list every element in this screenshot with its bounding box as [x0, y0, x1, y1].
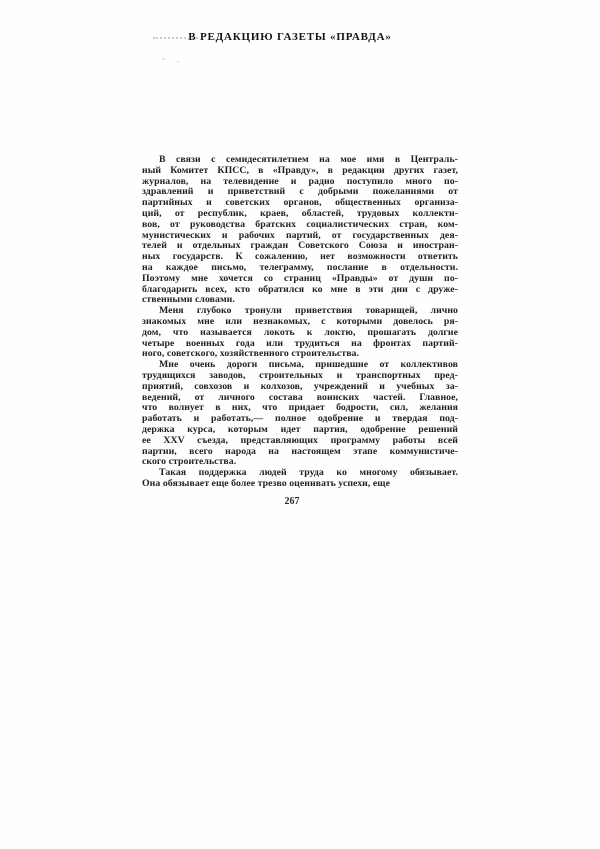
text-line: ственными словами. — [142, 295, 458, 306]
text-line: на каждое письмо, телеграмму, послание в… — [142, 263, 458, 274]
text-line: знакомых мне или незнакомых, с которыми … — [142, 317, 458, 328]
scan-artifact — [177, 61, 179, 63]
text-line: ный Комитет КПСС, в «Правду», в редакции… — [142, 166, 458, 177]
scan-artifact — [162, 58, 165, 60]
text-line: четыре военных года или трудиться на фро… — [142, 339, 458, 350]
text-line: партии, всего народа на настоящем этапе … — [142, 447, 458, 458]
text-line: Поэтому мне хочется со страниц «Правды» … — [142, 274, 458, 285]
text-line: Меня глубоко тронули приветствия товарищ… — [142, 306, 458, 317]
paragraph: В связи с семидесятилетием на мое имя в … — [142, 155, 458, 306]
paragraph: Меня глубоко тронули приветствия товарищ… — [142, 306, 458, 360]
text-line: здравлений и приветствий с добрыми пожел… — [142, 187, 458, 198]
text-line: приятий, совхозов и колхозов, учреждений… — [142, 382, 458, 393]
text-line: ных государств. К сожалению, нет возможн… — [142, 252, 458, 263]
text-line: телей и отдельных граждан Советского Сою… — [142, 241, 458, 252]
text-line: что волнует в них, что придает бодрости,… — [142, 403, 458, 414]
text-line: благодарить всех, кто обратился ко мне в… — [142, 285, 458, 296]
text-line: партийных и советских органов, обществен… — [142, 198, 458, 209]
text-line: мунистических и рабочих партий, от госуд… — [142, 231, 458, 242]
scanned-book-page: В РЕДАКЦИЮ ГАЗЕТЫ «ПРАВДА» В связи с сем… — [0, 0, 600, 849]
text-line: журналов, на телевидение и радио поступи… — [142, 177, 458, 188]
paragraph: Такая поддержка людей труда ко многому о… — [142, 468, 458, 490]
text-line: Она обязывает еще более трезво оценивать… — [142, 479, 458, 490]
text-line: трудящихся заводов, строительных и транс… — [142, 371, 458, 382]
text-line: ного, советского, хозяйственного строите… — [142, 349, 458, 360]
body-text: В связи с семидесятилетием на мое имя в … — [142, 155, 458, 490]
text-line: ведений, от личного состава воинских час… — [142, 393, 458, 404]
text-line: держка курса, которым идет партия, одобр… — [142, 425, 458, 436]
text-line: ского строительства. — [142, 457, 458, 468]
text-line: В связи с семидесятилетием на мое имя в … — [142, 155, 458, 166]
scan-artifact — [153, 37, 198, 39]
paragraph: Мне очень дороги письма, пришедшие от ко… — [142, 360, 458, 468]
text-line: работать и работать,— полное одобрение и… — [142, 414, 458, 425]
text-line: ее XXV съезда, представляющих программу … — [142, 436, 458, 447]
text-line: дом, что называется локоть к локтю, прош… — [142, 328, 458, 339]
page-number: 267 — [142, 496, 442, 507]
text-line: вов, от руководства братских социалистич… — [142, 220, 458, 231]
text-line: ций, от республик, краев, областей, труд… — [142, 209, 458, 220]
text-line: Мне очень дороги письма, пришедшие от ко… — [142, 360, 458, 371]
text-line: Такая поддержка людей труда ко многому о… — [142, 468, 458, 479]
